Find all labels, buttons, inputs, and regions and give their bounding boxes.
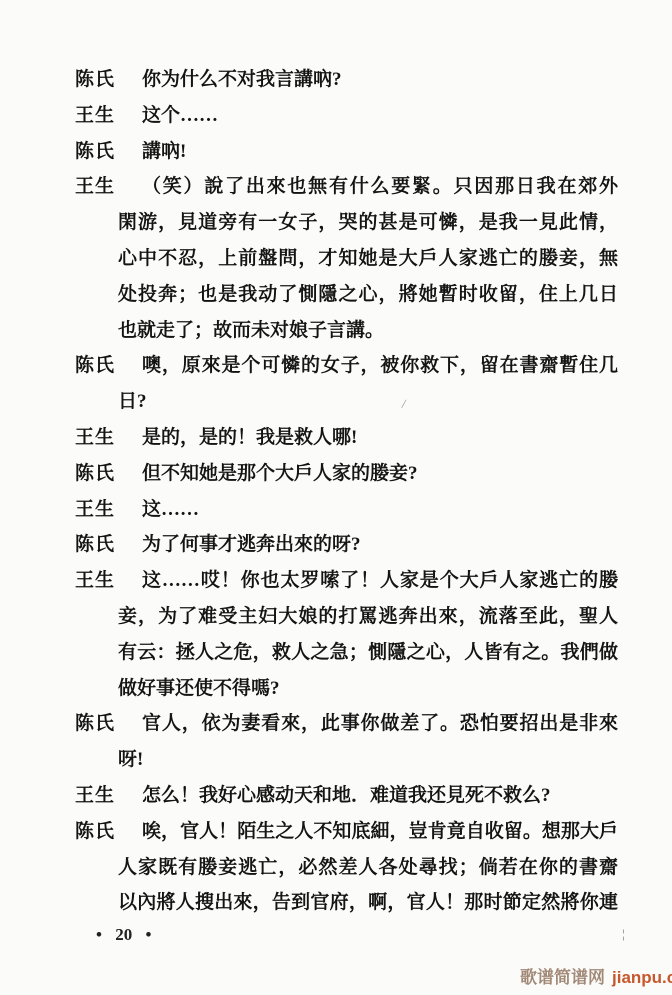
dialogue-list: 陈氏 你为什么不对我言講吶? 王生 这个…… 陈氏 講吶! 王生 （笑）說了出來…	[0, 0, 672, 921]
dialogue-line: 以內將人搜出來，告到官府，啊，官人！那时節定然將你連	[118, 885, 618, 921]
dialogue-line: 呀!	[118, 742, 618, 778]
speaker-name: 王生	[75, 778, 115, 814]
dialogue-line: 你为什么不对我言講吶?	[142, 62, 618, 98]
watermark: 歌谱简谱网 jianpu.cn	[520, 963, 672, 988]
scanned-script-page: 陈氏 你为什么不对我言講吶? 王生 这个…… 陈氏 講吶! 王生 （笑）說了出來…	[0, 0, 672, 995]
dialogue-line: 日?	[118, 384, 618, 420]
dialogue-line: 处投奔；也是我动了惻隱之心，將她暫时收留，住上几日	[118, 277, 618, 313]
dialogue-line: 这……	[142, 492, 618, 528]
speaker-name: 王生	[75, 492, 115, 528]
dialogue-entry: 陈氏 官人，依为妻看來，此事你做差了。恐怕要招出是非來 呀!	[118, 706, 618, 778]
speaker-name: 王生	[75, 420, 115, 456]
dialogue-line: 妾，为了难受主妇大娘的打罵逃奔出來，流落至此，聖人	[118, 599, 618, 635]
dialogue-line: 但不知她是那个大戶人家的媵妾?	[142, 456, 618, 492]
speaker-name: 陈氏	[75, 814, 115, 850]
dialogue-entry: 王生 这个……	[118, 98, 618, 134]
dialogue-line: 为了何事才逃奔出來的呀?	[142, 527, 618, 563]
dialogue-line: 这个……	[142, 98, 618, 134]
speaker-name: 陈氏	[75, 62, 115, 98]
dialogue-entry: 陈氏 講吶!	[118, 134, 618, 170]
dialogue-line: 官人，依为妻看來，此事你做差了。恐怕要招出是非來	[142, 706, 618, 742]
dialogue-line: 唉，官人！陌生之人不知底細，豈肯竟自收留。想那大戶	[142, 814, 618, 850]
dialogue-entry: 王生 是的，是的！我是救人哪!	[118, 420, 618, 456]
dialogue-line: 怎么！我好心感动天和地．难道我还見死不救么?	[142, 778, 618, 814]
dialogue-entry: 陈氏 你为什么不对我言講吶?	[118, 62, 618, 98]
dialogue-line: （笑）說了出來也無有什么要緊。只因那日我在郊外	[142, 169, 618, 205]
dialogue-line: 是的，是的！我是救人哪!	[142, 420, 618, 456]
watermark-site-name: 歌谱简谱网	[520, 963, 605, 988]
dialogue-line: 这……哎！你也太罗嗦了！人家是个大戶人家逃亡的媵	[142, 563, 618, 599]
speaker-name: 陈氏	[75, 706, 115, 742]
dialogue-line: 做好事还使不得嗎?	[118, 671, 618, 707]
speaker-name: 王生	[75, 169, 115, 205]
dialogue-entry: 王生 怎么！我好心感动天和地．难道我还見死不救么?	[118, 778, 618, 814]
dialogue-line: 噢，原來是个可憐的女子，被你救下，留在書齋暫住几	[142, 348, 618, 384]
dialogue-entry: 王生 （笑）說了出來也無有什么要緊。只因那日我在郊外 閑游，見道旁有一女子，哭的…	[118, 169, 618, 348]
dialogue-line: 也就走了；故而未对娘子言講。	[118, 313, 618, 349]
dialogue-entry: 王生 这……	[118, 492, 618, 528]
dialogue-entry: 陈氏 但不知她是那个大戶人家的媵妾?	[118, 456, 618, 492]
dialogue-entry: 陈氏 噢，原來是个可憐的女子，被你救下，留在書齋暫住几 日?	[118, 348, 618, 420]
print-speck: ¦	[622, 926, 625, 942]
watermark-site-url: jianpu.cn	[612, 968, 672, 988]
dialogue-entry: 陈氏 唉，官人！陌生之人不知底細，豈肯竟自收留。想那大戶 人家既有媵妾逃亡，必然…	[118, 814, 618, 921]
speaker-name: 陈氏	[75, 456, 115, 492]
speaker-name: 王生	[75, 98, 115, 134]
dialogue-line: 心中不忍，上前盤問，才知她是大戶人家逃亡的媵妾，無	[118, 241, 618, 277]
speaker-name: 陈氏	[75, 348, 115, 384]
page-number: • 20 •	[96, 925, 151, 945]
dialogue-line: 講吶!	[142, 134, 618, 170]
dialogue-line: 閑游，見道旁有一女子，哭的甚是可憐，是我一見此情，	[118, 205, 618, 241]
dialogue-entry: 陈氏 为了何事才逃奔出來的呀?	[118, 527, 618, 563]
speaker-name: 陈氏	[75, 527, 115, 563]
speaker-name: 陈氏	[75, 134, 115, 170]
speaker-name: 王生	[75, 563, 115, 599]
dialogue-entry: 王生 这……哎！你也太罗嗦了！人家是个大戶人家逃亡的媵 妾，为了难受主妇大娘的打…	[118, 563, 618, 706]
dialogue-line: 人家既有媵妾逃亡，必然差人各处尋找；倘若在你的書齋	[118, 850, 618, 886]
dialogue-line: 有云：拯人之危，救人之急；惻隱之心，人皆有之。我們做	[118, 635, 618, 671]
